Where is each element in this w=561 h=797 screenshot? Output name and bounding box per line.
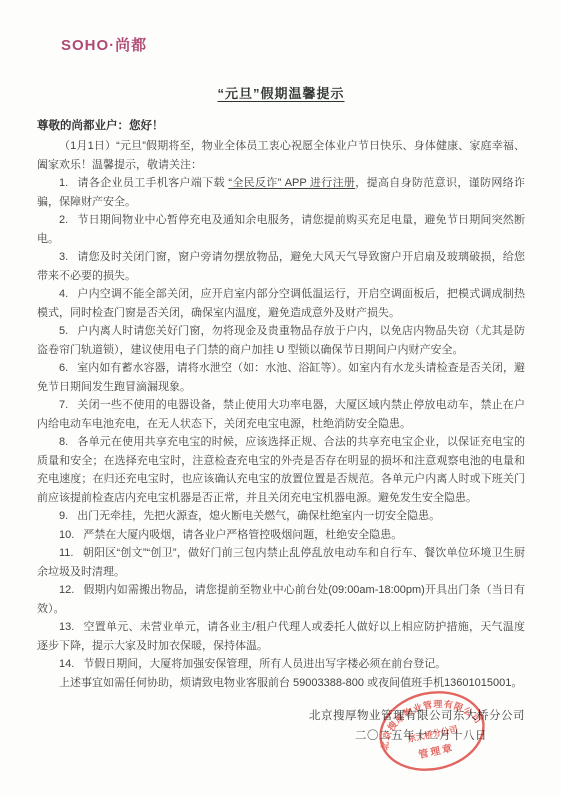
item-text: 节假日期间，大厦将加强安保管理，所有人员进出写字楼必须在前台登记。: [83, 658, 446, 670]
notice-item: 9.出门无牵挂，先把火源查，熄火断电关燃气，确保杜绝室内一切安全隐患。: [37, 507, 525, 526]
item-number: 12.: [59, 584, 74, 596]
notice-item: 10.严禁在大厦内吸烟，请各业户严格管控吸烟问题，杜绝安全隐患。: [37, 526, 525, 545]
item-number: 5.: [59, 325, 68, 337]
notice-body: （1月1日）“元旦”假期将至，物业全体员工衷心祝愿全体业户节日快乐、身体健康、家…: [37, 137, 525, 692]
notice-item: 14.节假日期间，大厦将加强安保管理，所有人员进出写字楼必须在前台登记。: [37, 655, 525, 674]
item-text: 户内离人时请您关好门窗，勿将现金及贵重物品存放于户内，以免店内物品失窃（尤其是防…: [37, 325, 525, 356]
page-title: “元旦”假期温馨提示: [217, 86, 344, 101]
greeting-line: 尊敬的尚都业户：您好！: [37, 117, 525, 133]
notice-item: 8.各单元在使用共享充电宝的时候，应该选择正规、合法的共享充电宝企业，以保证充电…: [37, 433, 525, 507]
notice-item: 4.户内空调不能全部关闭，应开启室内部分空调低温运行，开启空调面板后，把模式调成…: [37, 285, 525, 322]
item-text: 户内空调不能全部关闭，应开启室内部分空调低温运行，开启空调面板后，把模式调成制热…: [37, 288, 525, 319]
item-number: 2.: [59, 214, 68, 226]
item-number: 10.: [59, 529, 74, 541]
brand-logo: SOHO·尚都: [61, 34, 525, 55]
notice-item: 13.空置单元、未营业单元，请各业主/租户代理人或委托人做好以上相应防护措施，天…: [37, 618, 525, 655]
company-signature: 北京搜厚物业管理有限公司东大桥分公司: [37, 706, 525, 726]
notice-items: 1.请各企业员工手机客户端下载 “全民反诈” APP 进行注册，提高自身防范意识…: [37, 174, 525, 674]
item-text: 朝阳区“创文”“创卫”，做好门前三包内禁止乱停乱放电动车和自行车、餐饮单位环境卫…: [37, 547, 525, 578]
notice-item: 5.户内离人时请您关好门窗，勿将现金及贵重物品存放于户内，以免店内物品失窃（尤其…: [37, 322, 525, 359]
signature-block: 北京搜厚物业管理有限公司东大桥分公司 二〇二五年十二月十八日: [37, 706, 525, 746]
notice-item: 6.室内如有蓄水容器，请将水泄空（如：水池、浴缸等）。如室内有水龙头请检查是否关…: [37, 359, 525, 396]
notice-item: 3.请您及时关闭门窗，窗户旁请勿摆放物品，避免大风天气导致窗户开启扇及玻璃破损，…: [37, 248, 525, 285]
item-text: 严禁在大厦内吸烟，请各业户严格管控吸烟问题，杜绝安全隐患。: [83, 529, 402, 541]
item-number: 3.: [59, 251, 68, 263]
item-number: 4.: [59, 288, 68, 300]
item-text: 室内如有蓄水容器，请将水泄空（如：水池、浴缸等）。如室内有水龙头请检查是否关闭，…: [37, 362, 525, 393]
date-line: 二〇二五年十二月十八日: [37, 726, 525, 746]
item-text: 各单元在使用共享充电宝的时候，应该选择正规、合法的共享充电宝企业，以保证充电宝的…: [37, 436, 525, 504]
item-number: 6.: [59, 362, 68, 374]
item-number: 9.: [59, 510, 68, 522]
notice-item: 11.朝阳区“创文”“创卫”，做好门前三包内禁止乱停乱放电动车和自行车、餐饮单位…: [37, 544, 525, 581]
item-number: 7.: [59, 399, 68, 411]
title-row: “元旦”假期温馨提示: [37, 83, 525, 103]
item-number: 11.: [59, 547, 73, 559]
item-number: 14.: [59, 658, 74, 670]
notice-page: SOHO·尚都 “元旦”假期温馨提示 尊敬的尚都业户：您好！ （1月1日）“元旦…: [0, 0, 561, 797]
closing-paragraph: 上述事宜如需任何协助，烦请致电物业客服前台 59003388-800 或夜间值班…: [37, 674, 525, 693]
item-text: 出门无牵挂，先把火源查，熄火断电关燃气，确保杜绝室内一切安全隐患。: [77, 510, 440, 522]
item-text: 关闭一些不使用的电器设备，禁止使用大功率电器，大厦区域内禁止停放电动车，禁止在户…: [37, 399, 525, 430]
item-number: 8.: [59, 436, 68, 448]
notice-item: 1.请各企业员工手机客户端下载 “全民反诈” APP 进行注册，提高自身防范意识…: [37, 174, 525, 211]
item-number: 1.: [59, 177, 68, 189]
intro-paragraph: （1月1日）“元旦”假期将至，物业全体员工衷心祝愿全体业户节日快乐、身体健康、家…: [37, 137, 525, 174]
item-text: 请您及时关闭门窗，窗户旁请勿摆放物品，避免大风天气导致窗户开启扇及玻璃破损，给您…: [37, 251, 525, 282]
item-text: 节日期间物业中心暂停充电及通知余电服务，请您提前购买充足电量，避免节日期间突然断…: [37, 214, 525, 245]
item-text: 请各企业员工手机客户端下载 “全民反诈” APP 进行注册，提高自身防范意识，谨…: [37, 177, 525, 208]
notice-item: 12.假期内如需搬出物品，请您提前至物业中心前台处(09:00am-18:00p…: [37, 581, 525, 618]
item-text: 假期内如需搬出物品，请您提前至物业中心前台处(09:00am-18:00pm)开…: [37, 584, 525, 615]
item-number: 13.: [59, 621, 74, 633]
item-text: 空置单元、未营业单元，请各业主/租户代理人或委托人做好以上相应防护措施，天气温度…: [37, 621, 525, 652]
notice-item: 7.关闭一些不使用的电器设备，禁止使用大功率电器，大厦区域内禁止停放电动车，禁止…: [37, 396, 525, 433]
notice-item: 2.节日期间物业中心暂停充电及通知余电服务，请您提前购买充足电量，避免节日期间突…: [37, 211, 525, 248]
